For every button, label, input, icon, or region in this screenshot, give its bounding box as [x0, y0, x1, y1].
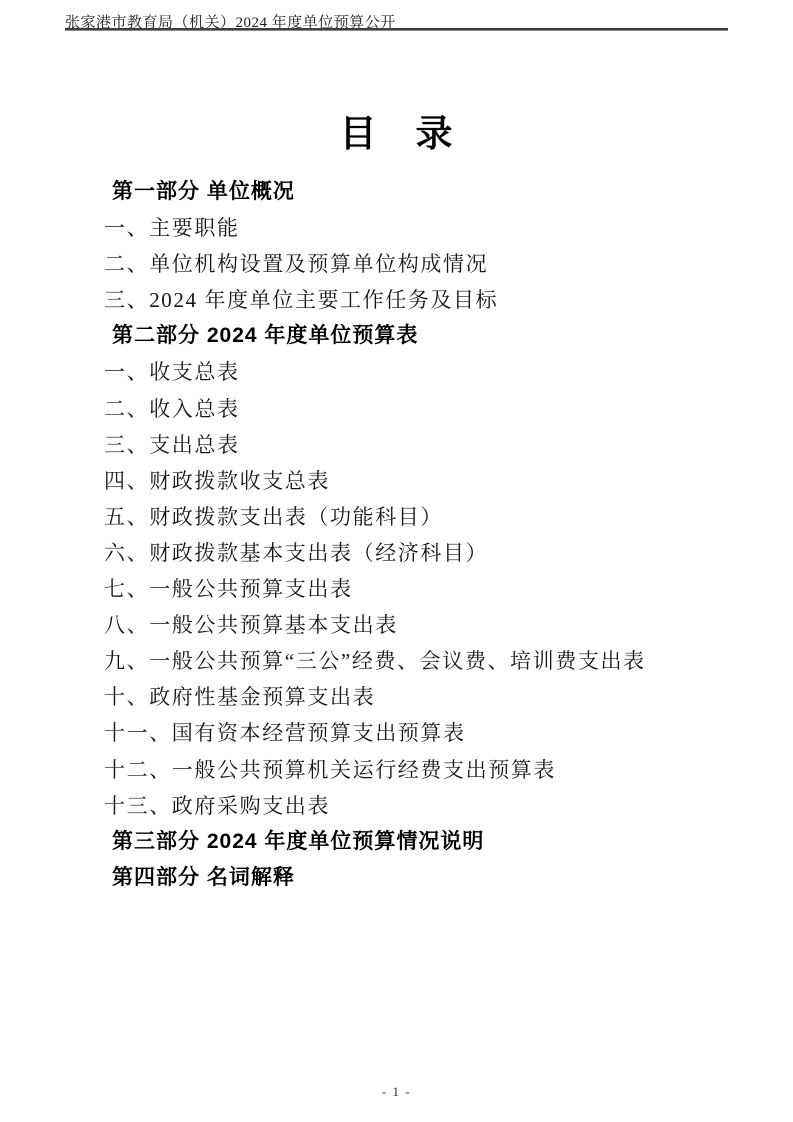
toc-list: 第一部分 单位概况一、主要职能二、单位机构设置及预算单位构成情况三、2024 年… — [104, 174, 753, 896]
toc-entry: 五、财政拨款支出表（功能科目） — [104, 499, 753, 535]
toc-title: 目 录 — [0, 116, 793, 153]
toc-entry: 三、2024 年度单位主要工作任务及目标 — [104, 282, 753, 318]
toc-entry: 十一、国有资本经营预算支出预算表 — [104, 715, 753, 751]
toc-entry: 一、主要职能 — [104, 210, 753, 246]
toc-entry: 三、支出总表 — [104, 427, 753, 463]
page-number: - 1 - — [382, 1084, 411, 1099]
toc-entry: 六、财政拨款基本支出表（经济科目） — [104, 535, 753, 571]
toc-entry: 十二、一般公共预算机关运行经费支出预算表 — [104, 752, 753, 788]
toc-entry: 十三、政府采购支出表 — [104, 788, 753, 824]
toc-section-heading: 第四部分 名词解释 — [104, 860, 753, 896]
toc-entry: 一、收支总表 — [104, 354, 753, 390]
toc-section-heading: 第一部分 单位概况 — [104, 174, 753, 210]
document-page: 张家港市教育局（机关）2024 年度单位预算公开 目 录 第一部分 单位概况一、… — [0, 0, 793, 1122]
toc-entry: 四、财政拨款收支总表 — [104, 463, 753, 499]
toc-entry: 九、一般公共预算“三公”经费、会议费、培训费支出表 — [104, 643, 753, 679]
toc-section-heading: 第三部分 2024 年度单位预算情况说明 — [104, 824, 753, 860]
header-rule — [65, 28, 728, 31]
toc-section-heading: 第二部分 2024 年度单位预算表 — [104, 318, 753, 354]
page-footer: - 1 - — [0, 1084, 793, 1100]
toc-entry: 七、一般公共预算支出表 — [104, 571, 753, 607]
toc-entry: 二、单位机构设置及预算单位构成情况 — [104, 246, 753, 282]
toc-entry: 八、一般公共预算基本支出表 — [104, 607, 753, 643]
toc-entry: 十、政府性基金预算支出表 — [104, 679, 753, 715]
toc-entry: 二、收入总表 — [104, 391, 753, 427]
